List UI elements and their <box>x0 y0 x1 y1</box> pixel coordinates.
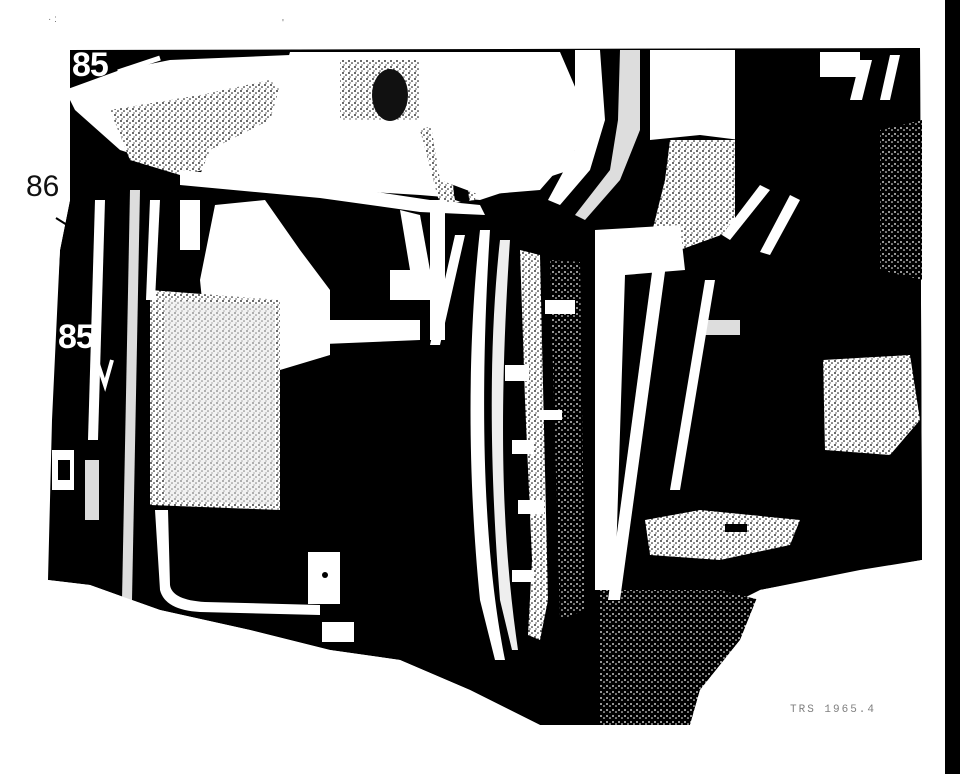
scan-edge-border <box>945 0 960 774</box>
figure-identifier: TRS 1965.4 <box>790 704 876 716</box>
figure-plate: 85 86 85 TRS 1965.4 · : ' <box>0 0 960 774</box>
scan-artifact: · : <box>48 14 57 25</box>
callout-85-left: 85 <box>58 318 94 357</box>
callout-86: 86 <box>26 170 59 204</box>
callout-85-top: 85 <box>72 46 108 85</box>
equipment-photo <box>0 0 960 774</box>
scan-artifact: ' <box>282 18 284 29</box>
